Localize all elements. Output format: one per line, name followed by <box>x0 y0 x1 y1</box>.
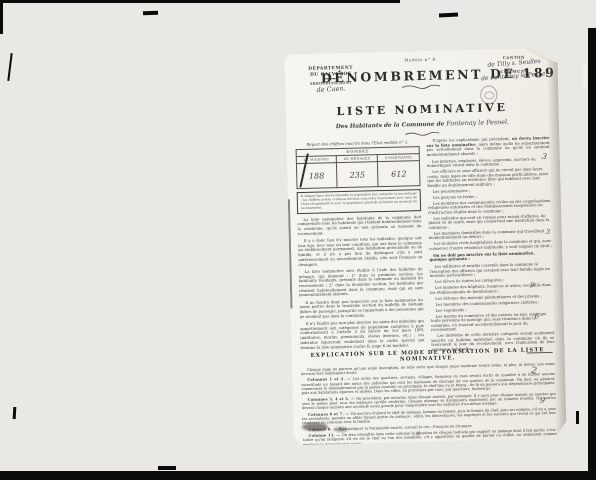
canton-commune-block: CANTON de Tilly s. Seulles COMMUNE de Fo… <box>475 55 553 84</box>
ink-smudge <box>302 423 328 431</box>
explication-section: EXPLICATION SUR LE MODE DE FORMATION DE … <box>301 347 557 449</box>
registration-tick-right <box>576 411 579 424</box>
table-note-text: À chaque ligne devra répondre la populat… <box>301 192 417 210</box>
registration-mark-bottom <box>158 466 176 470</box>
subheading-flourish <box>404 131 440 137</box>
registration-mark-top-left <box>143 11 158 15</box>
left-paragraph: Il y a donc lieu d'y inscrire tous les i… <box>298 236 423 267</box>
margin-mark: 3 <box>545 228 550 236</box>
commune-handwritten: de Fontenay le Pesnel <box>476 72 553 83</box>
right-column: D'après les explications qui précèdent, … <box>426 136 554 356</box>
table-value-habitants: 612 <box>378 161 420 187</box>
left-paragraph: La liste nominative sera établie à l'aid… <box>299 267 424 298</box>
film-white-dash <box>583 64 587 87</box>
scratch-line-left <box>7 53 12 81</box>
census-document-page: Modèle n° 8. DÉPARTEMENT DU CALVADOS ARR… <box>284 48 566 446</box>
margin-mark: 2 <box>530 366 537 377</box>
film-top-bar <box>0 0 400 3</box>
right-intro: D'après les explications qui précèdent, … <box>426 136 549 158</box>
inclusion-item: Les officiers et sous-officiers qui ne v… <box>427 167 550 188</box>
left-column: Report des chiffres inscrits dans l'État… <box>295 139 424 359</box>
margin-mark: 6 <box>534 312 539 320</box>
ink-smudge <box>334 427 348 432</box>
registration-tick-left <box>13 407 17 419</box>
table-note-box: À chaque ligne devra répondre la populat… <box>297 189 421 214</box>
exclusion-item: Les militaires et marins casernés dans l… <box>429 262 552 279</box>
stamp-inner-ring <box>484 91 494 99</box>
subheading-handwritten: Fontenay le Pesnel. <box>446 118 509 128</box>
film-left-edge <box>0 0 3 34</box>
film-bottom-bar <box>0 471 596 480</box>
subheading: Des Habitants de la Commune de Fontenay … <box>296 117 549 131</box>
subheading-printed: Des Habitants de la Commune de <box>336 121 447 130</box>
table-value-menages: 235 <box>336 162 378 188</box>
two-column-body: Report des chiffres inscrits dans l'État… <box>295 136 554 359</box>
film-right-strip <box>588 28 596 471</box>
registration-mark-top-right <box>439 13 458 17</box>
left-paragraph: Il n'y faudra pas non plus inscrire les … <box>300 319 425 350</box>
left-paragraph: Il ne faudra donc pas transcrire sur la … <box>299 298 423 320</box>
left-paragraph: La liste nominative des habitants de la … <box>297 215 421 237</box>
title-flourish <box>401 84 441 90</box>
summary-table: NOMBRE DE MAISONS DE MÉNAGES D'HABITANTS… <box>296 146 421 189</box>
liste-nominative-title: LISTE NOMINATIVE <box>306 100 539 119</box>
film-scan-background: { "frame": { "description": "microfilm f… <box>0 0 596 480</box>
ink-speck <box>416 432 420 435</box>
